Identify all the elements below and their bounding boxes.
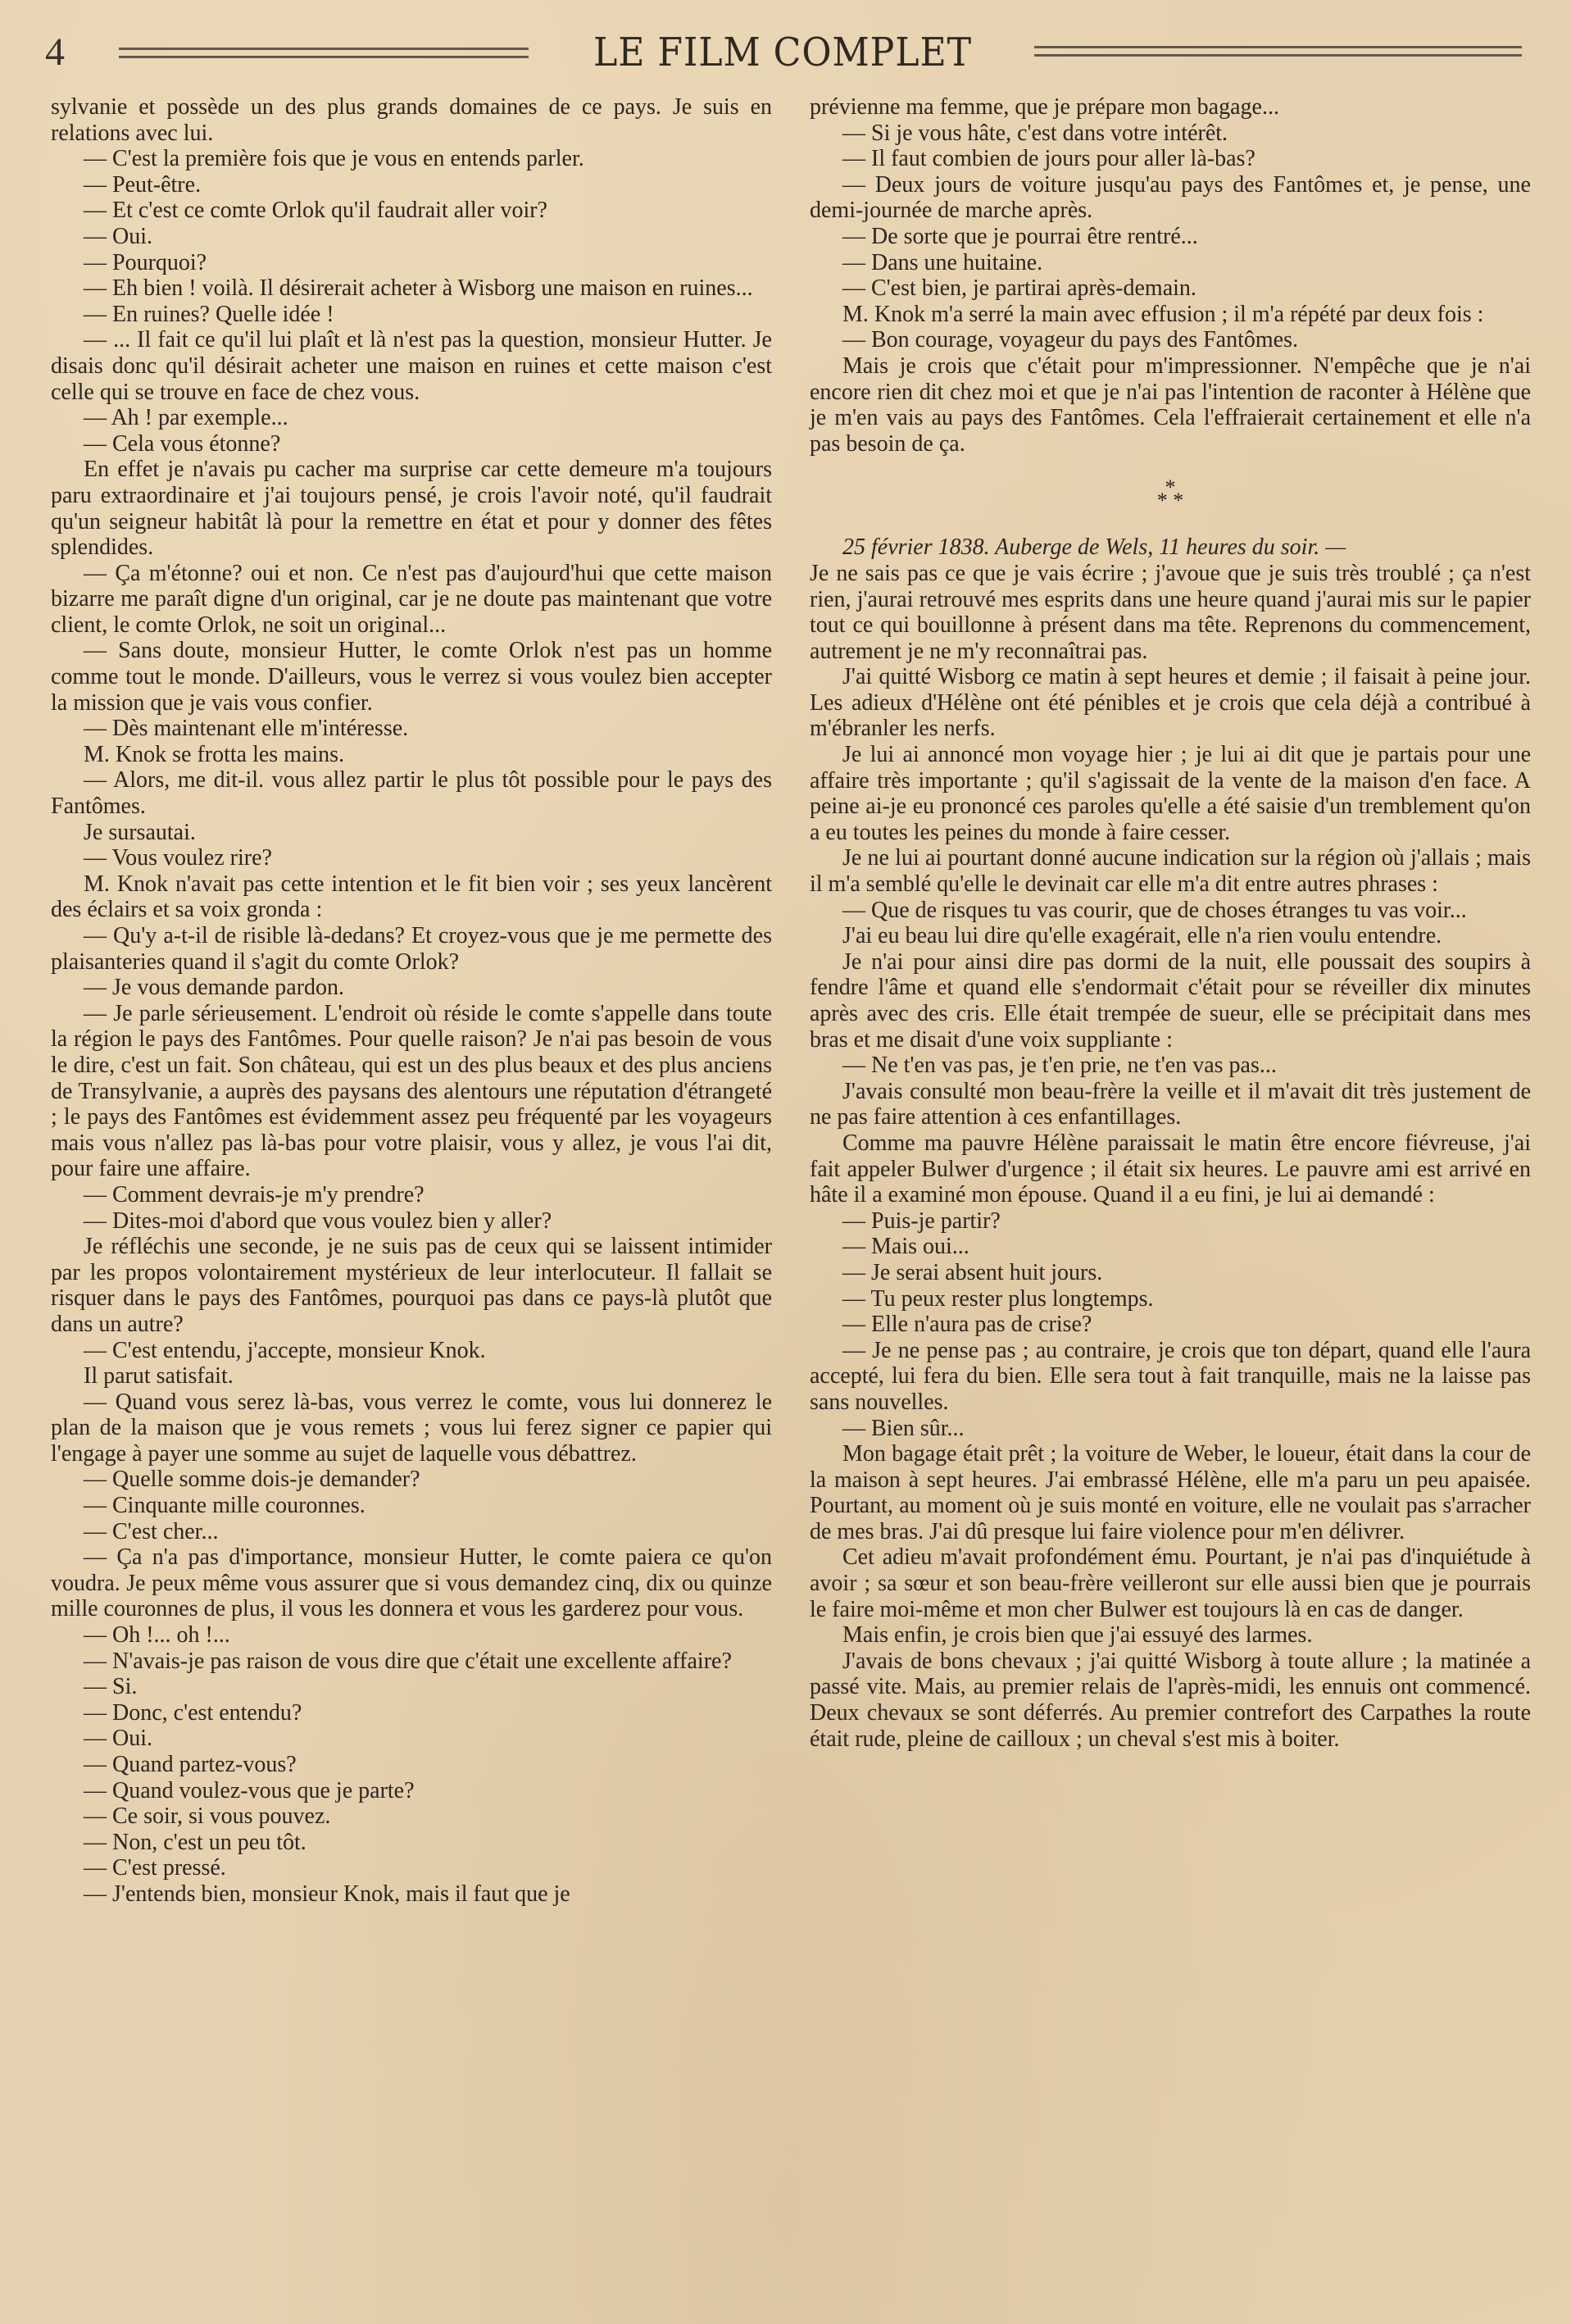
dateline-text: 25 février 1838. Auberge de Wels, 11 heu… [842, 534, 1346, 560]
paragraph: — J'entends bien, monsieur Knok, mais il… [51, 1881, 772, 1908]
paragraph: prévienne ma femme, que je prépare mon b… [810, 94, 1531, 121]
paragraph: — Que de risques tu vas courir, que de c… [810, 898, 1531, 924]
page-number: 4 [45, 30, 65, 75]
paragraph: — Comment devrais-je m'y prendre? [51, 1182, 772, 1208]
paragraph: Comme ma pauvre Hélène paraissait le mat… [810, 1130, 1531, 1208]
paragraph: — ... Il fait ce qu'il lui plaît et là n… [51, 327, 772, 405]
paragraph: — Quelle somme dois-je demander? [51, 1467, 772, 1493]
paragraph: — Ce soir, si vous pouvez. [51, 1803, 772, 1830]
paragraph: — Quand partez-vous? [51, 1752, 772, 1778]
paragraph: J'ai eu beau lui dire qu'elle exagérait,… [810, 923, 1531, 949]
paragraph: — Ne t'en vas pas, je t'en prie, ne t'en… [810, 1053, 1531, 1079]
paragraph: Je ne lui ai pourtant donné aucune indic… [810, 845, 1531, 897]
paragraph: Je n'ai pour ainsi dire pas dormi de la … [810, 949, 1531, 1053]
paragraph: — Si. [51, 1674, 772, 1700]
paragraph: — C'est pressé. [51, 1855, 772, 1881]
paragraph: — Je parle sérieusement. L'endroit où ré… [51, 1001, 772, 1182]
paragraph: — Elle n'aura pas de crise? [810, 1312, 1531, 1338]
section-break-asterism: * * * [810, 457, 1531, 534]
paragraph: Il parut satisfait. [51, 1363, 772, 1389]
paragraph: — Ça n'a pas d'importance, monsieur Hutt… [51, 1544, 772, 1622]
paragraph: — Peut-être. [51, 172, 772, 198]
paragraph: — Puis-je partir? [810, 1208, 1531, 1235]
paragraph: — Oui. [51, 1726, 772, 1752]
paragraph: sylvanie et possède un des plus grands d… [51, 94, 772, 146]
paragraph: M. Knok se frotta les mains. [51, 742, 772, 768]
paragraph: — Et c'est ce comte Orlok qu'il faudrait… [51, 198, 772, 224]
header-rule-right [1034, 46, 1522, 57]
dateline: 25 février 1838. Auberge de Wels, 11 heu… [810, 534, 1531, 561]
paragraph: — Je vous demande pardon. [51, 975, 772, 1001]
paragraph: — Non, c'est un peu tôt. [51, 1830, 772, 1856]
right-column-bottom-text: Je ne sais pas ce que je vais écrire ; j… [810, 561, 1531, 1752]
paragraph: — Quand vous serez là-bas, vous verrez l… [51, 1389, 772, 1467]
paragraph: Cet adieu m'avait profondément ému. Pour… [810, 1544, 1531, 1622]
paragraph: Mais enfin, je crois bien que j'ai essuy… [810, 1622, 1531, 1649]
right-column: prévienne ma femme, que je prépare mon b… [810, 94, 1531, 1752]
asterism-glyph: * * * [1157, 481, 1184, 507]
paragraph: — Alors, me dit-il. vous allez partir le… [51, 767, 772, 819]
paragraph: J'avais de bons chevaux ; j'ai quitté Wi… [810, 1649, 1531, 1752]
paragraph: J'avais consulté mon beau-frère la veill… [810, 1079, 1531, 1130]
paragraph: — Pourquoi? [51, 250, 772, 276]
header-rule-left [119, 48, 529, 59]
paragraph: — Donc, c'est entendu? [51, 1700, 772, 1726]
paragraph: — Ah ! par exemple... [51, 405, 772, 431]
paragraph: — Si je vous hâte, c'est dans votre inté… [810, 121, 1531, 147]
page-header: 4 LE FILM COMPLET [0, 0, 1571, 82]
paragraph: — Dites-moi d'abord que vous voulez bien… [51, 1208, 772, 1235]
paragraph: Mais je crois que c'était pour m'impress… [810, 353, 1531, 457]
paragraph: M. Knok n'avait pas cette intention et l… [51, 871, 772, 923]
paragraph: J'ai quitté Wisborg ce matin à sept heur… [810, 664, 1531, 742]
paragraph: — Je ne pense pas ; au contraire, je cro… [810, 1338, 1531, 1416]
paragraph: — Bien sûr... [810, 1416, 1531, 1442]
paragraph: Mon bagage était prêt ; la voiture de We… [810, 1441, 1531, 1544]
paragraph: — Cinquante mille couronnes. [51, 1493, 772, 1519]
right-column-top-text: prévienne ma femme, que je prépare mon b… [810, 94, 1531, 457]
paragraph: — Oui. [51, 224, 772, 250]
paragraph: — N'avais-je pas raison de vous dire que… [51, 1649, 772, 1675]
left-column: sylvanie et possède un des plus grands d… [51, 94, 772, 1908]
paragraph: Je réfléchis une seconde, je ne suis pas… [51, 1234, 772, 1337]
paragraph: — C'est bien, je partirai après-demain. [810, 275, 1531, 302]
paragraph: — Mais oui... [810, 1234, 1531, 1260]
paragraph: — Vous voulez rire? [51, 845, 772, 871]
paragraph: — Ça m'étonne? oui et non. Ce n'est pas … [51, 561, 772, 639]
masthead-title: LE FILM COMPLET [556, 28, 1009, 77]
paragraph: — C'est cher... [51, 1519, 772, 1545]
paragraph: — Dès maintenant elle m'intéresse. [51, 716, 772, 742]
paragraph: Je lui ai annoncé mon voyage hier ; je l… [810, 742, 1531, 845]
paragraph: M. Knok m'a serré la main avec effusion … [810, 302, 1531, 328]
paragraph: — Sans doute, monsieur Hutter, le comte … [51, 638, 772, 716]
paragraph: — Bon courage, voyageur du pays des Fant… [810, 327, 1531, 353]
paragraph: — Quand voulez-vous que je parte? [51, 1778, 772, 1804]
paragraph: Je ne sais pas ce que je vais écrire ; j… [810, 561, 1531, 664]
paragraph: — Deux jours de voiture jusqu'au pays de… [810, 172, 1531, 224]
paragraph: — Qu'y a-t-il de risible là-dedans? Et c… [51, 923, 772, 975]
paragraph: — Cela vous étonne? [51, 431, 772, 457]
paragraph: — Oh !... oh !... [51, 1622, 772, 1649]
paragraph: — Je serai absent huit jours. [810, 1260, 1531, 1286]
paragraph: — De sorte que je pourrai être rentré... [810, 224, 1531, 250]
paragraph: — C'est la première fois que je vous en … [51, 146, 772, 172]
paragraph: Je sursautai. [51, 820, 772, 846]
paragraph: — Dans une huitaine. [810, 250, 1531, 276]
paragraph: — Il faut combien de jours pour aller là… [810, 146, 1531, 172]
paragraph: — Tu peux rester plus longtemps. [810, 1286, 1531, 1312]
paragraph: — En ruines? Quelle idée ! [51, 302, 772, 328]
paragraph: — Eh bien ! voilà. Il désirerait acheter… [51, 275, 772, 302]
paragraph: En effet je n'avais pu cacher ma surpris… [51, 457, 772, 560]
paragraph: — C'est entendu, j'accepte, monsieur Kno… [51, 1338, 772, 1364]
